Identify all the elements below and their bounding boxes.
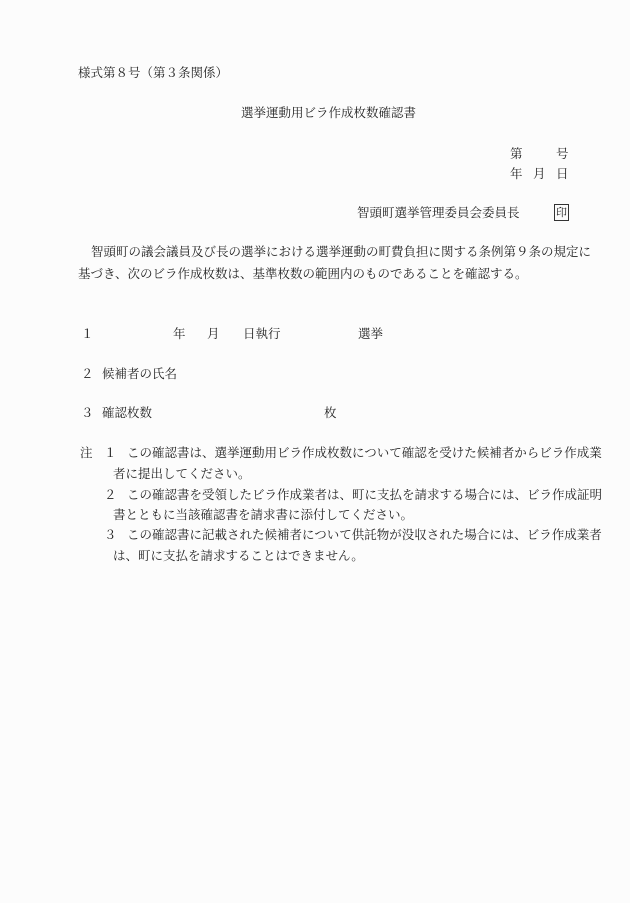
item-2-label: 候補者の氏名 (102, 366, 177, 382)
seal-mark: 印 (554, 204, 569, 221)
note-1-number: １ (104, 445, 117, 461)
item-1-year: 年 (173, 326, 186, 342)
date-month: 月 (533, 166, 546, 182)
note-2-number: ２ (104, 487, 117, 503)
note-1-line-2: 者に提出してください。 (113, 466, 251, 482)
item-1-number: １ (81, 326, 94, 342)
body-line-2: 基づき、次のビラ作成枚数は、基準枚数の範囲内のものであることを確認する。 (78, 266, 528, 282)
note-3-line-1: この確認書に記載された候補者について供託物が没収された場合には、ビラ作成業者 (127, 527, 602, 543)
item-1-day-executed: 日執行 (243, 326, 281, 342)
seal-icon: 印 (554, 204, 569, 221)
note-3-line-2: は、町に支払を請求することはできません。 (113, 548, 364, 564)
form-label: 様式第８号（第３条関係） (78, 65, 228, 81)
item-3-label: 確認枚数 (102, 405, 152, 421)
item-1-month: 月 (207, 326, 220, 342)
date-year: 年 (510, 166, 523, 182)
number-dai: 第 (510, 146, 523, 162)
note-2-line-1: この確認書を受領したビラ作成業者は、町に支払を請求する場合には、ビラ作成証明 (127, 487, 602, 503)
item-1-election: 選挙 (358, 326, 383, 342)
body-line-1: 智頭町の議会議員及び長の選挙における選挙運動の町費負担に関する条例第９条の規定に (91, 244, 591, 260)
number-go: 号 (556, 146, 569, 162)
note-1-line-1: この確認書は、選挙運動用ビラ作成枚数について確認を受けた候補者からビラ作成業 (127, 445, 602, 461)
note-3-number: ３ (104, 527, 117, 543)
document-title: 選挙運動用ビラ作成枚数確認書 (241, 105, 416, 121)
item-3-unit: 枚 (324, 405, 337, 421)
item-2-number: ２ (81, 366, 94, 382)
notes-label: 注 (80, 445, 93, 461)
date-day: 日 (556, 166, 569, 182)
note-2-line-2: 書とともに当該確認書を請求書に添付してください。 (113, 507, 413, 523)
item-3-number: ３ (81, 405, 94, 421)
issuer-name: 智頭町選挙管理委員会委員長 (357, 205, 520, 221)
